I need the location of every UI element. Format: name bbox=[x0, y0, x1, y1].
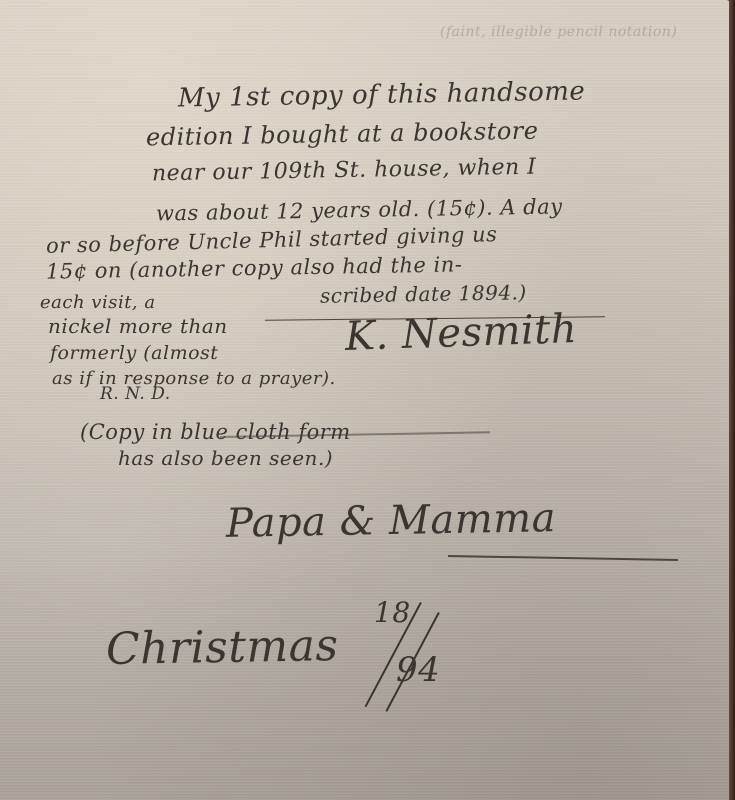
inscription-line-1: My 1st copy of this handsome bbox=[178, 76, 586, 113]
signoff-flourish bbox=[448, 555, 678, 561]
inscription-line-2: edition I bought at a bookstore bbox=[146, 117, 539, 152]
signature-name: K. Nesmith bbox=[344, 306, 578, 360]
inscription-line-10: formerly (almost bbox=[50, 342, 218, 364]
inscription-line-4: was about 12 years old. (15¢). A day bbox=[156, 194, 563, 225]
date-year-bottom: 94 bbox=[396, 650, 440, 690]
inscription-line-3: near our 109th St. house, when I bbox=[152, 155, 537, 187]
inscription-line-7: scribed date 1894.) bbox=[320, 280, 527, 308]
book-binding-edge bbox=[729, 0, 735, 800]
initials: R. N. D. bbox=[100, 384, 171, 404]
date-year-top: 18 bbox=[374, 596, 411, 629]
inscription-line-8: each visit, a bbox=[40, 292, 156, 313]
date-word: Christmas bbox=[106, 620, 339, 675]
book-endpaper: (faint, illegible pencil notation) My 1s… bbox=[0, 0, 732, 800]
note-line-2: has also been seen.) bbox=[118, 446, 333, 470]
note-line-1: (Copy in blue cloth form bbox=[80, 420, 351, 444]
inscription-line-6: 15¢ on (another copy also had the in- bbox=[46, 252, 463, 283]
inscription-line-11: as if in response to a prayer). bbox=[52, 368, 336, 389]
inscription-line-9: nickel more than bbox=[48, 314, 228, 338]
signoff: Papa & Mamma bbox=[226, 495, 557, 547]
faint-pencil-note: (faint, illegible pencil notation) bbox=[440, 24, 677, 40]
